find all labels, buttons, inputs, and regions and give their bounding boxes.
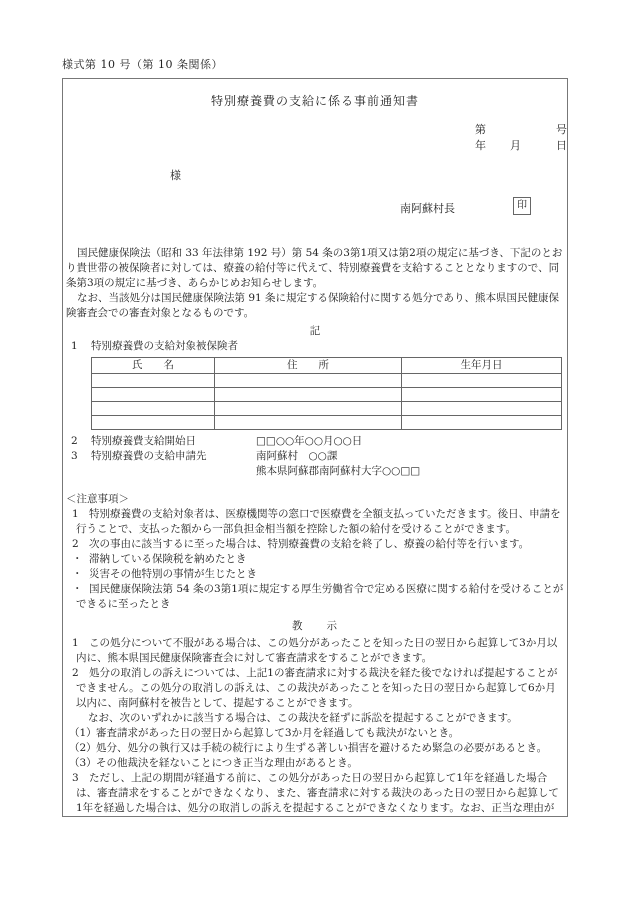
table-header-address: 住 所 (215, 358, 402, 374)
note-item-1-text: 特別療養費の支給対象者は、医療機関等の窓口で医療費を全額支払っていただきます。後… (76, 508, 561, 535)
item-3-number: 3 (71, 449, 91, 464)
date-year-label: 年 (475, 137, 486, 153)
table-cell-empty (92, 402, 215, 416)
instruction-subitem-2: （2）処分、処分の執行又は手続の続行により生ずる著しい損害を避けるため緊急の必要… (66, 741, 564, 756)
item-3-value-address: 熊本県阿蘇郡南阿蘇村大字○○□□ (256, 464, 564, 479)
item-2-number: 2 (71, 434, 91, 449)
doc-number-prefix: 第 (475, 121, 486, 137)
instruction-item-2-note: なお、次のいずれかに該当する場合は、この裁決を経ずに訴訟を提起することができます… (66, 711, 564, 726)
table-cell-empty (215, 388, 402, 402)
document-page: 様式第 10 号（第 10 条関係） 特別療養費の支給に係る事前通知書 第 号 … (0, 0, 630, 903)
instruction-item-3-text: ただし、上記の期間が経過する前に、この処分があった日の翌日から起算して1年を経過… (76, 772, 559, 817)
note-bullet-2: ・災害その他特別の事情が生じたとき (66, 567, 564, 582)
issuer-name: 南阿蘇村長 (400, 200, 455, 216)
item-3-label: 特別療養費の支給申請先 (91, 449, 256, 464)
insured-persons-table: 氏 名 住 所 生年月日 (91, 357, 562, 430)
instruction-subitem-2-text: 処分、処分の執行又は手続の続行により生ずる著しい損害を避けるため緊急の必要がある… (96, 742, 547, 754)
table-cell-empty (215, 416, 402, 430)
item-3-value-office: 南阿蘇村 ○○課 (256, 449, 564, 464)
item-2-value: □□○○年○○月○○日 (256, 434, 564, 449)
instruction-subitem-2-marker: （2） (69, 741, 96, 756)
note-bullet-1-text: 滞納している保険税を納めたとき (89, 553, 247, 565)
item-2-label: 特別療養費支給開始日 (91, 434, 256, 449)
doc-number-suffix: 号 (556, 121, 567, 137)
instruction-subitem-3: （3）その他裁決を経ないことにつき正当な理由があるとき。 (66, 756, 564, 771)
note-item-2: 2次の事由に該当するに至った場合は、特別療養費の支給を終了し、療養の給付等を行い… (66, 537, 564, 552)
item-2-row: 2 特別療養費支給開始日 □□○○年○○月○○日 (66, 434, 564, 449)
note-bullet-3: ・国民健康保険法第 54 条の3第1項に規定する厚生労働省令で定める医療に関する… (66, 582, 564, 612)
instruction-item-1-text: この処分について不服がある場合は、この処分があったことを知った日の翌日から起算し… (76, 637, 557, 664)
table-header-name: 氏 名 (92, 358, 215, 374)
instruction-item-1-marker: 1 (72, 636, 89, 651)
form-number-label: 様式第 10 号（第 10 条関係） (62, 56, 223, 72)
document-title: 特別療養費の支給に係る事前通知書 (63, 92, 567, 109)
table-cell-empty (92, 416, 215, 430)
instruction-item-2: 2処分の取消しの訴えについては、上記1の審査請求に対する裁決を経た後でなければ提… (66, 666, 564, 711)
instruction-subitem-3-marker: （3） (69, 756, 96, 771)
instruction-subitem-3-text: その他裁決を経ないことにつき正当な理由があるとき。 (96, 757, 358, 769)
instruction-subitem-1-marker: （1） (69, 726, 96, 741)
body-paragraph-1: 国民健康保険法（昭和 33 年法律第 192 号）第 54 条の3第1項又は第2… (66, 246, 564, 291)
table-cell-empty (402, 402, 562, 416)
table-cell-empty (92, 374, 215, 388)
item-1-row: 1 特別療養費の支給対象被保険者 (66, 339, 564, 354)
bullet-icon: ・ (72, 582, 89, 597)
instruction-subitem-1-text: 審査請求があった日の翌日から起算して3か月を経過しても裁決がないとき。 (96, 727, 459, 739)
seal-label: 印 (517, 200, 527, 211)
item-1-number: 1 (71, 339, 91, 354)
note-bullet-3-text: 国民健康保険法第 54 条の3第1項に規定する厚生労働省令で定める医療に関する給… (76, 583, 563, 610)
note-bullet-1: ・滞納している保険税を納めたとき (66, 552, 564, 567)
bullet-icon: ・ (72, 552, 89, 567)
table-cell-empty (215, 402, 402, 416)
date-day-label: 日 (556, 137, 567, 153)
document-header: 特別療養費の支給に係る事前通知書 第 号 年 月 日 様 南阿蘇村長 印 (63, 79, 567, 246)
instruction-item-2-text: 処分の取消しの訴えについては、上記1の審査請求に対する裁決を経た後でなければ提起… (76, 667, 557, 709)
table-cell-empty (402, 374, 562, 388)
note-item-1: 1特別療養費の支給対象者は、医療機関等の窓口で医療費を全額支払っていただきます。… (66, 507, 564, 537)
addressee-sama-label: 様 (170, 167, 181, 183)
instruction-heading: 教 示 (66, 619, 564, 634)
table-header-birthdate: 生年月日 (402, 358, 562, 374)
document-border-box: 特別療養費の支給に係る事前通知書 第 号 年 月 日 様 南阿蘇村長 印 国民健… (62, 78, 568, 817)
table-cell-empty (402, 388, 562, 402)
table-cell-empty (402, 416, 562, 430)
notes-heading: ＜注意事項＞ (66, 492, 564, 507)
note-item-2-marker: 2 (72, 537, 89, 552)
bullet-icon: ・ (72, 567, 89, 582)
seal-stamp-box: 印 (513, 197, 531, 215)
instruction-item-3-marker: 3 (72, 771, 89, 786)
instruction-subitem-1: （1）審査請求があった日の翌日から起算して3か月を経過しても裁決がないとき。 (66, 726, 564, 741)
table-row (92, 388, 562, 402)
table-cell-empty (92, 388, 215, 402)
table-cell-empty (215, 374, 402, 388)
item-3-address-row: 熊本県阿蘇郡南阿蘇村大字○○□□ (66, 464, 564, 479)
date-month-label: 月 (510, 137, 521, 153)
instruction-item-1: 1この処分について不服がある場合は、この処分があったことを知った日の翌日から起算… (66, 636, 564, 666)
note-item-1-marker: 1 (72, 507, 89, 522)
body-paragraph-2: なお、当該処分は国民健康保険法第 91 条に規定する保険給付に関する処分であり、… (66, 291, 564, 321)
record-heading: 記 (66, 324, 564, 339)
note-item-2-text: 次の事由に該当するに至った場合は、特別療養費の支給を終了し、療養の給付等を行いま… (89, 538, 529, 550)
instruction-item-2-marker: 2 (72, 666, 89, 681)
table-header-row: 氏 名 住 所 生年月日 (92, 358, 562, 374)
item-1-label: 特別療養費の支給対象被保険者 (91, 339, 238, 354)
item-3-row: 3 特別療養費の支給申請先 南阿蘇村 ○○課 (66, 449, 564, 464)
document-body: 国民健康保険法（昭和 33 年法律第 192 号）第 54 条の3第1項又は第2… (63, 246, 567, 817)
table-row (92, 416, 562, 430)
instruction-item-3: 3ただし、上記の期間が経過する前に、この処分があった日の翌日から起算して1年を経… (66, 771, 564, 817)
table-row (92, 374, 562, 388)
table-row (92, 402, 562, 416)
note-bullet-2-text: 災害その他特別の事情が生じたとき (89, 568, 257, 580)
